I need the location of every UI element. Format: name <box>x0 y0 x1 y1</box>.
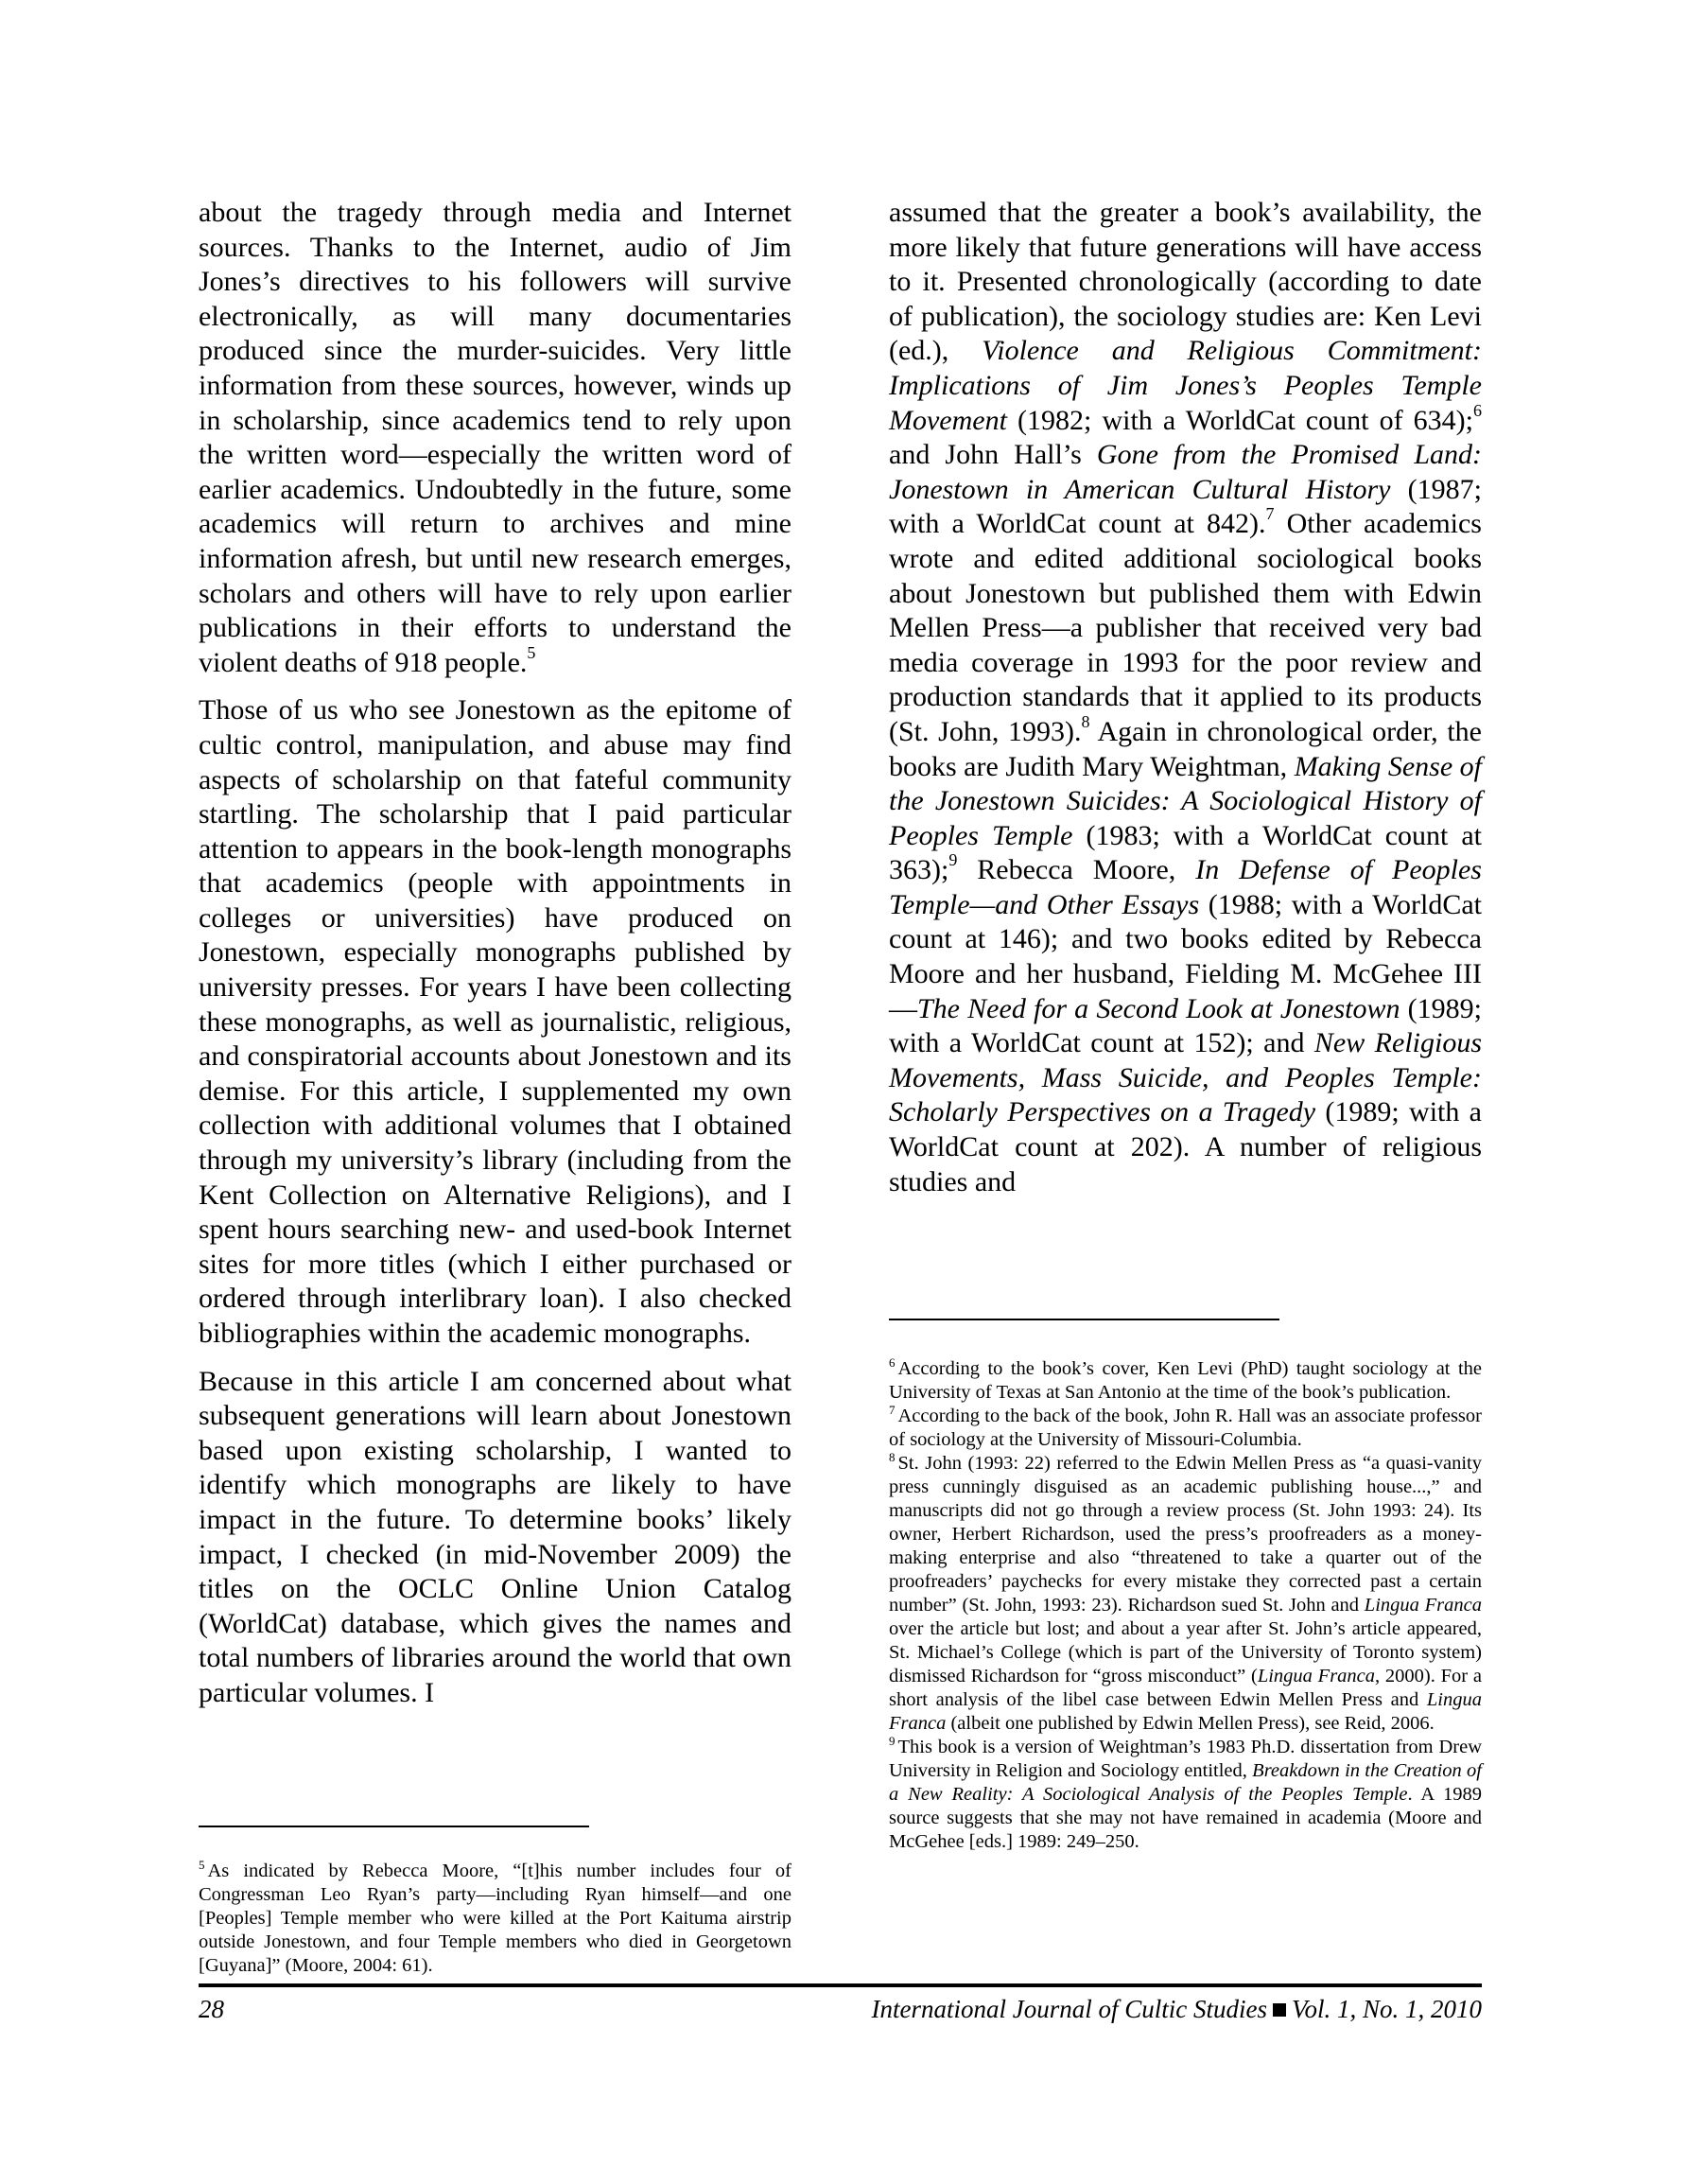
running-footer: International Journal of Cultic StudiesV… <box>872 1994 1483 2024</box>
italic-title: Gone from the Promised Land: Jonestown i… <box>889 439 1482 505</box>
page-number: 28 <box>199 1994 224 2024</box>
document-page: about the tragedy through media and Inte… <box>0 0 1687 2184</box>
footer-rule <box>199 1983 1482 1987</box>
italic-title: Violence and Religious Commitment: Impli… <box>889 335 1482 435</box>
footnote-7: 7According to the back of the book, John… <box>889 1405 1482 1452</box>
italic-title: Lingua Franca <box>889 1689 1482 1734</box>
italic-title: The Need for a Second Look at Jonestown <box>917 993 1400 1024</box>
footnote-number: 5 <box>199 1858 205 1872</box>
right-column: assumed that the greater a book’s availa… <box>889 196 1482 1213</box>
footnote-number: 7 <box>889 1403 896 1417</box>
italic-title: Lingua Franca <box>1258 1666 1375 1686</box>
footnote-reference[interactable]: 9 <box>948 850 957 869</box>
body-paragraph: Those of us who see Jonestown as the epi… <box>199 693 791 1351</box>
footnote-separator <box>889 1319 1279 1320</box>
volume-info: Vol. 1, No. 1, 2010 <box>1292 1995 1482 2023</box>
footnote-separator <box>199 1826 589 1827</box>
footnote-reference[interactable]: 8 <box>1082 712 1090 731</box>
footnote-9: 9This book is a version of Weightman’s 1… <box>889 1736 1482 1854</box>
left-footnotes: 5As indicated by Rebecca Moore, “[t]his … <box>199 1860 791 1978</box>
right-footnotes: 6According to the book’s cover, Ken Levi… <box>889 1357 1482 1854</box>
italic-title: Making Sense of the Jonestown Suicides: … <box>889 751 1482 851</box>
body-paragraph: assumed that the greater a book’s availa… <box>889 196 1482 1199</box>
footnote-5: 5As indicated by Rebecca Moore, “[t]his … <box>199 1860 791 1978</box>
footnote-reference[interactable]: 7 <box>1265 504 1274 523</box>
footnote-number: 6 <box>889 1355 896 1370</box>
square-bullet-icon <box>1273 2003 1286 2017</box>
body-paragraph: Because in this article I am concerned a… <box>199 1365 791 1711</box>
footnote-reference[interactable]: 6 <box>1473 401 1482 420</box>
italic-title: Breakdown in the Creation of a New Reali… <box>889 1760 1482 1805</box>
footnote-number: 8 <box>889 1450 896 1464</box>
left-column: about the tragedy through media and Inte… <box>199 196 791 1724</box>
journal-title: International Journal of Cultic Studies <box>872 1995 1267 2023</box>
footnote-8: 8St. John (1993: 22) referred to the Edw… <box>889 1452 1482 1736</box>
body-paragraph: about the tragedy through media and Inte… <box>199 196 791 680</box>
footnote-6: 6According to the book’s cover, Ken Levi… <box>889 1357 1482 1405</box>
footnote-reference[interactable]: 5 <box>527 643 535 662</box>
footnote-number: 9 <box>889 1734 896 1748</box>
italic-title: Lingua Franca <box>1365 1595 1482 1616</box>
italic-title: New Religious Movements, Mass Suicide, a… <box>889 1027 1482 1127</box>
italic-title: In Defense of Peoples Temple—and Other E… <box>889 854 1482 920</box>
